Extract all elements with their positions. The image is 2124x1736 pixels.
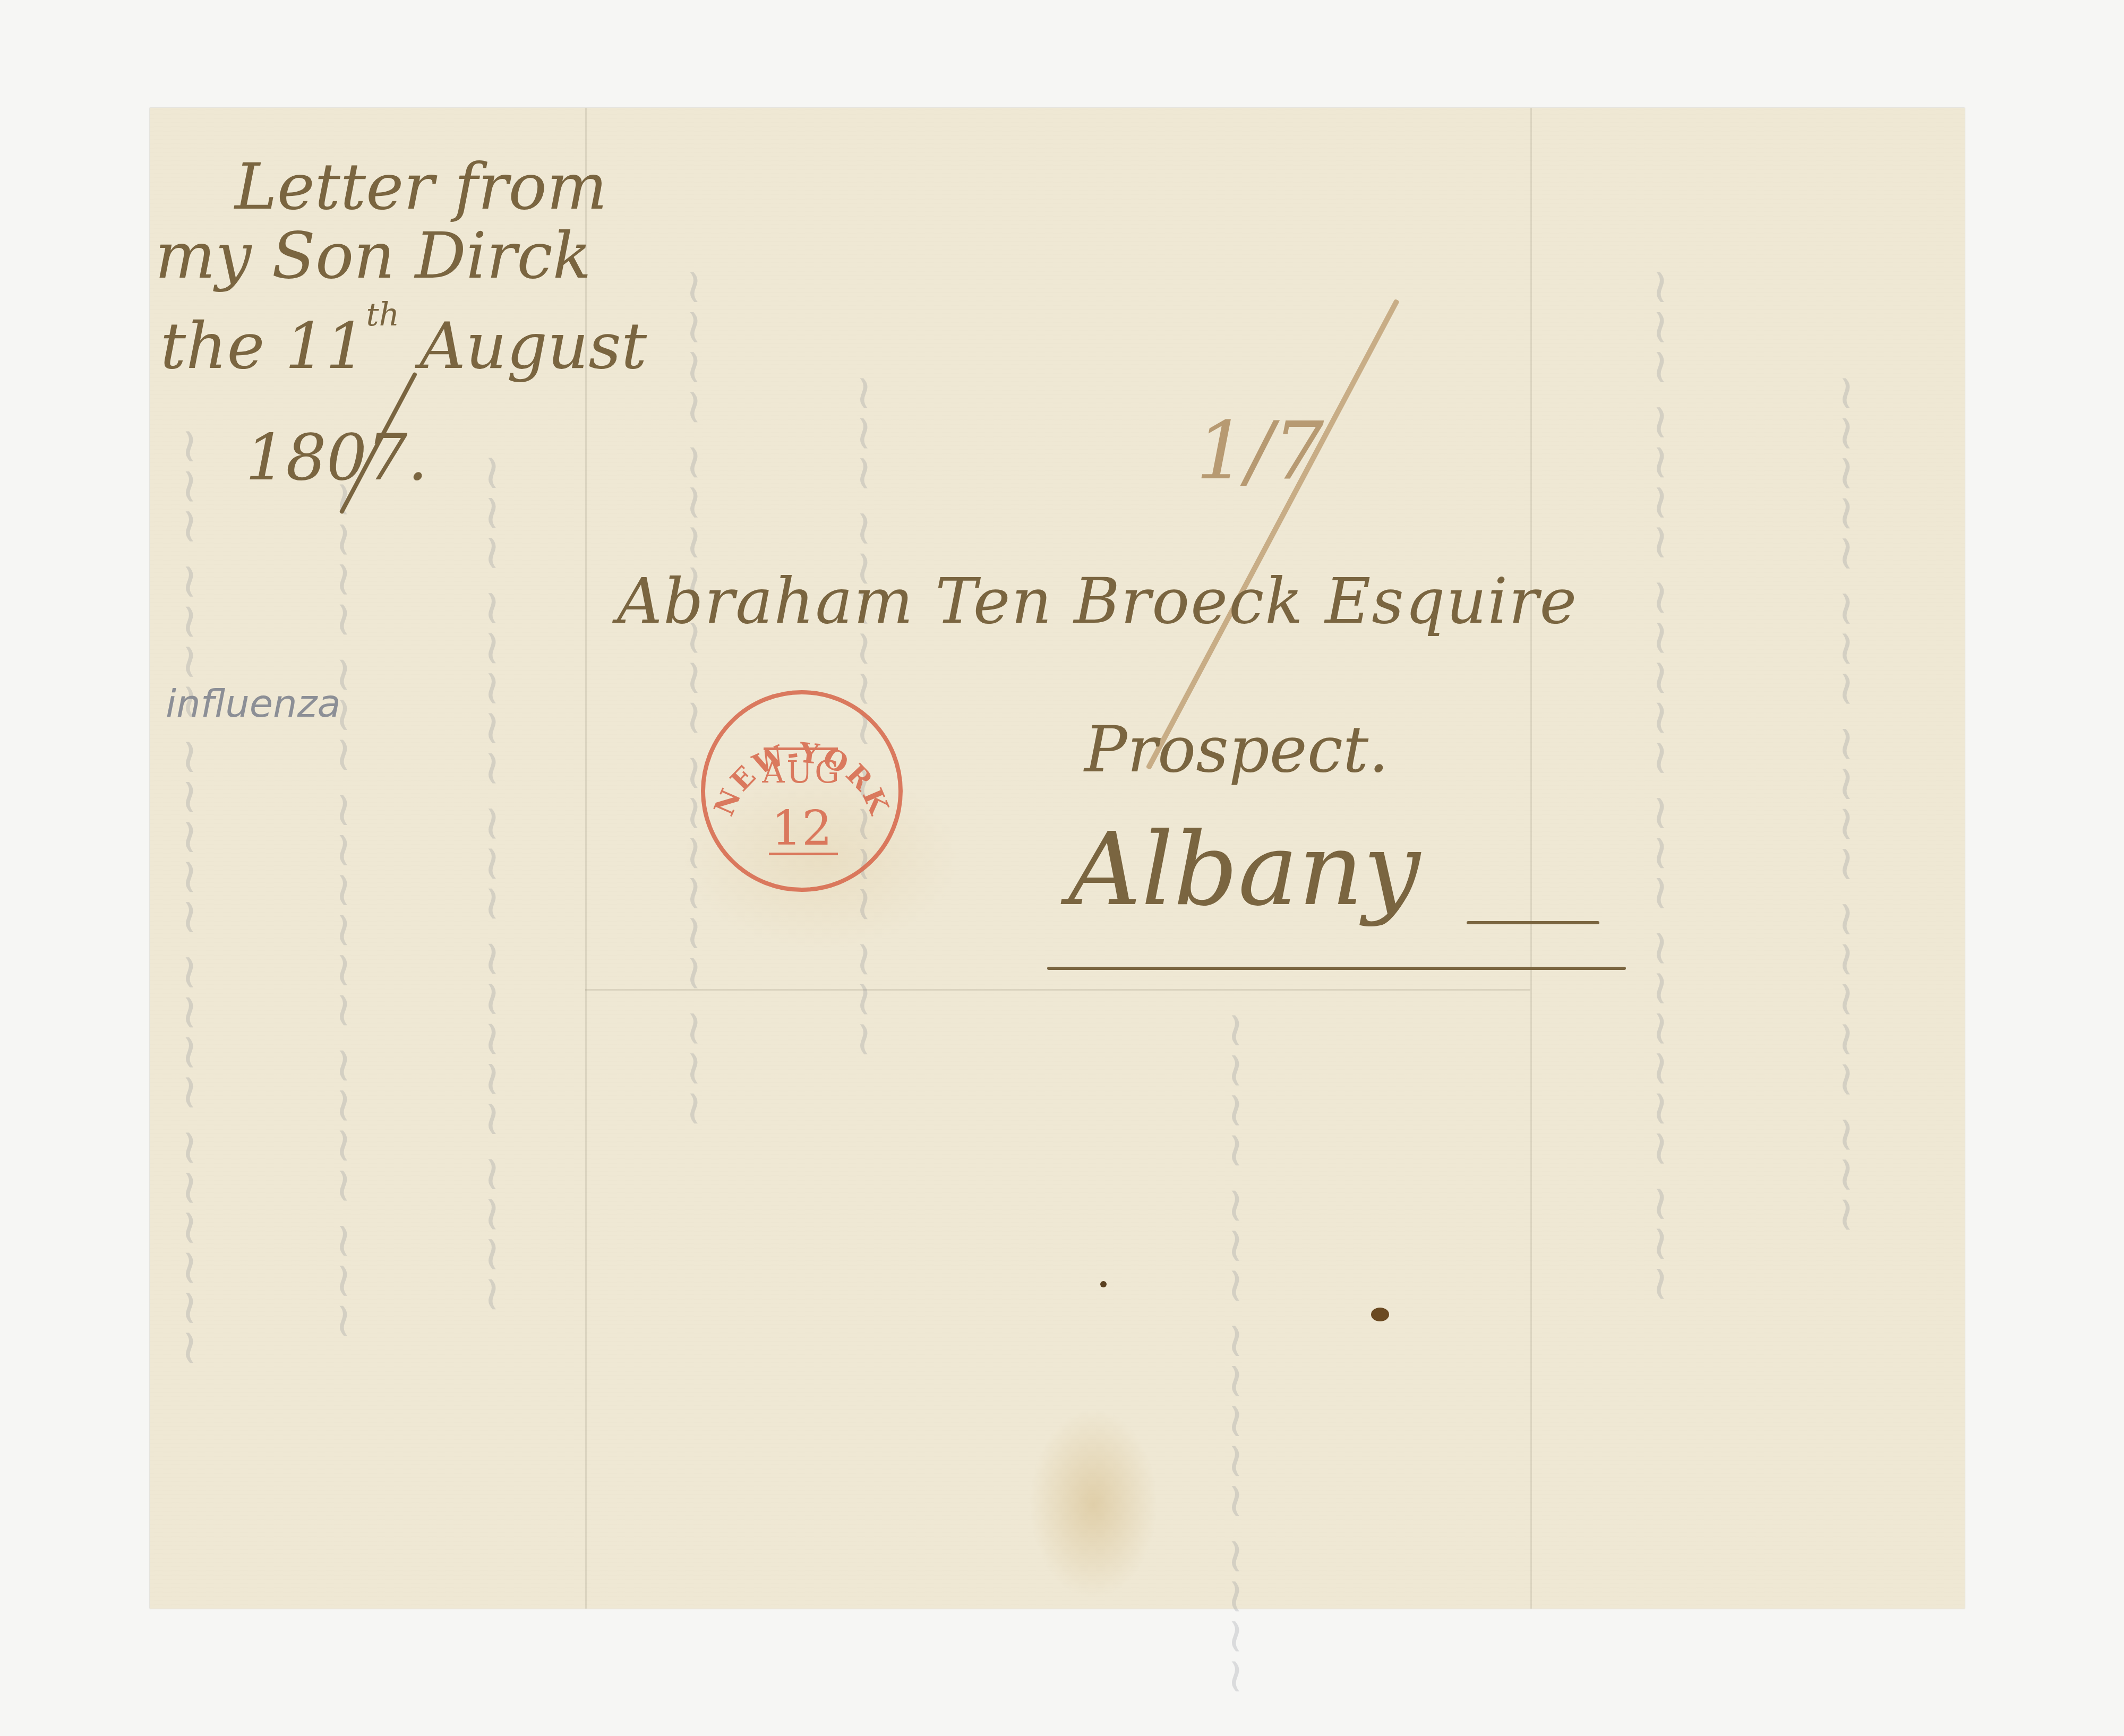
postmark-rule-top [764, 747, 838, 750]
show-through-writing: ~~~~ ~~~ ~~~~~ ~~~~ [1209, 1010, 1265, 1696]
postmark-day: 12 [705, 801, 898, 856]
address-place: Prospect. [1084, 718, 1389, 782]
rate-cancel-stroke [1146, 299, 1400, 770]
rate-marking: 1/7 [1196, 405, 1324, 497]
postmark-rule-bottom [769, 853, 838, 855]
docket-month: August [419, 310, 647, 383]
docket-day-suffix: th [366, 296, 399, 333]
docket-line-2: my Son Dirck [155, 225, 591, 288]
show-through-writing: ~~~ ~~~~ ~~~~~ ~~~ ~~~~~~ ~~~ [1634, 267, 1690, 1304]
postmark-city-arc: NEW-YORK [705, 694, 898, 888]
ink-spot [1371, 1308, 1389, 1321]
show-through-writing: ~~~ ~~~~~ ~~~ ~~~~~ ~~~~ [466, 453, 521, 1314]
show-through-writing: ~~~ ~~~~ ~~~~~ ~~~~ ~~~~~~ [163, 426, 219, 1368]
city-underline-short [1467, 921, 1599, 924]
docket-year: 1807. [245, 426, 428, 490]
address-city: Albany [1068, 819, 1420, 920]
postmark-month: AUG [705, 754, 898, 790]
pencil-note: influenza [166, 681, 341, 726]
addressee-name: Abraham Ten Broeck Esquire [617, 570, 1578, 632]
docket-day: the 11 [160, 310, 366, 383]
show-through-writing: ~~~~ ~~~ ~~~~~~ ~~~~ ~~~ [317, 479, 373, 1341]
fold-line-right [1530, 108, 1532, 1609]
show-through-writing: ~~~~~ ~~~ ~~~~ ~~~~~ ~~~ [1820, 373, 1875, 1235]
postmark: NEW-YORK AUG 12 [701, 690, 903, 892]
fold-line-horizontal [585, 989, 1530, 991]
ink-spot [1100, 1281, 1107, 1287]
docket-line-1: Letter from [235, 156, 607, 219]
city-underline-long [1047, 967, 1626, 970]
docket-line-3: the 11th August [160, 315, 647, 379]
letter-sheet: ~~~ ~~~~ ~~~~~ ~~~~ ~~~~~~ ~~~~ ~~~ ~~~~… [150, 108, 1965, 1609]
